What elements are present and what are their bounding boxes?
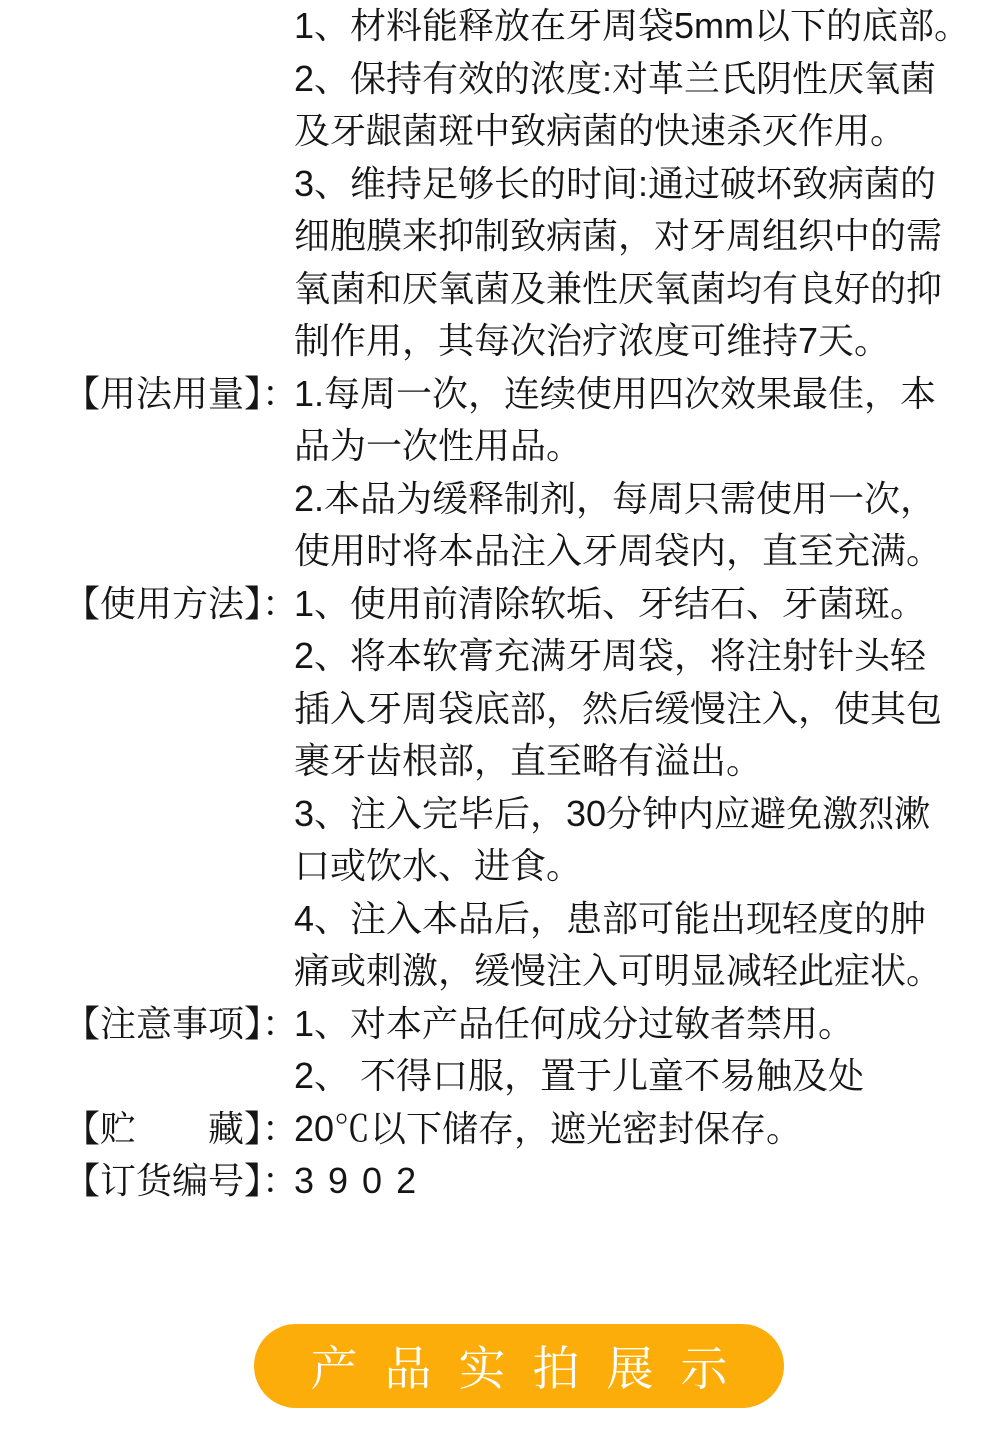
spec-row-usage-method: 【使用方法】： 1、使用前清除软垢、牙结石、牙菌斑。 — [64, 578, 980, 631]
spec-text: 2、保持有效的浓度:对革兰氏阴性厌氧菌 — [294, 53, 980, 106]
spec-text: 1、对本产品任何成分过敏者禁用。 — [294, 998, 980, 1051]
spec-text: 品为一次性用品。 — [294, 420, 980, 473]
spec-label — [64, 315, 294, 368]
spec-text: 制作用，其每次治疗浓度可维持7天。 — [294, 315, 980, 368]
spec-label — [64, 840, 294, 893]
spec-row: 3、注入完毕后，30分钟内应避免激烈漱 — [64, 788, 980, 841]
spec-row: 2、将本软膏充满牙周袋，将注射针头轻 — [64, 630, 980, 683]
spec-row-usage-dosage: 【用法用量】： 1.每周一次，连续使用四次效果最佳，本 — [64, 368, 980, 421]
spec-text: 及牙龈菌斑中致病菌的快速杀灭作用。 — [294, 105, 980, 158]
spec-text: 氧菌和厌氧菌及兼性厌氧菌均有良好的抑 — [294, 263, 980, 316]
spec-label — [64, 893, 294, 946]
spec-row: 裹牙齿根部，直至略有溢出。 — [64, 735, 980, 788]
spec-text: 口或饮水、进食。 — [294, 840, 980, 893]
spec-row: 口或饮水、进食。 — [64, 840, 980, 893]
spec-label — [64, 630, 294, 683]
spec-row: 3、维持足够长的时间:通过破坏致病菌的 — [64, 158, 980, 211]
spec-text: 2、 不得口服，置于儿童不易触及处 — [294, 1050, 980, 1103]
spec-row: 氧菌和厌氧菌及兼性厌氧菌均有良好的抑 — [64, 263, 980, 316]
spec-label — [64, 210, 294, 263]
spec-label — [64, 788, 294, 841]
spec-text: 2.本品为缓释制剂，每周只需使用一次， — [294, 473, 980, 526]
spec-text: 1、使用前清除软垢、牙结石、牙菌斑。 — [294, 578, 980, 631]
spec-label — [64, 735, 294, 788]
spec-label: 【用法用量】： — [64, 368, 294, 421]
spec-row: 制作用，其每次治疗浓度可维持7天。 — [64, 315, 980, 368]
spec-label — [64, 53, 294, 106]
spec-row: 1、材料能释放在牙周袋5mm以下的底部。 — [64, 0, 980, 53]
spec-label — [64, 0, 294, 53]
spec-row: 使用时将本品注入牙周袋内，直至充满。 — [64, 525, 980, 578]
spec-row: 插入牙周袋底部，然后缓慢注入，使其包 — [64, 683, 980, 736]
order-number-value: 3902 — [294, 1155, 980, 1208]
spec-row: 2、 不得口服，置于儿童不易触及处 — [64, 1050, 980, 1103]
spec-list: 1、材料能释放在牙周袋5mm以下的底部。 2、保持有效的浓度:对革兰氏阴性厌氧菌… — [0, 0, 990, 1208]
spec-row: 及牙龈菌斑中致病菌的快速杀灭作用。 — [64, 105, 980, 158]
spec-row: 品为一次性用品。 — [64, 420, 980, 473]
spec-row: 4、注入本品后，患部可能出现轻度的肿 — [64, 893, 980, 946]
spec-label — [64, 473, 294, 526]
spec-label: 【注意事项】： — [64, 998, 294, 1051]
spec-text: 3、维持足够长的时间:通过破坏致病菌的 — [294, 158, 980, 211]
spec-row-storage: 【贮 藏】： 20℃以下储存，遮光密封保存。 — [64, 1103, 980, 1156]
spec-text: 痛或刺激，缓慢注入可明显减轻此症状。 — [294, 945, 980, 998]
spec-label: 【使用方法】： — [64, 578, 294, 631]
spec-row: 2、保持有效的浓度:对革兰氏阴性厌氧菌 — [64, 53, 980, 106]
spec-label — [64, 263, 294, 316]
spec-text: 4、注入本品后，患部可能出现轻度的肿 — [294, 893, 980, 946]
spec-text: 细胞膜来抑制致病菌，对牙周组织中的需 — [294, 210, 980, 263]
spec-label — [64, 158, 294, 211]
spec-label — [64, 105, 294, 158]
spec-label — [64, 945, 294, 998]
spec-label — [64, 683, 294, 736]
spec-row: 痛或刺激，缓慢注入可明显减轻此症状。 — [64, 945, 980, 998]
spec-row-order-number: 【订货编号】： 3902 — [64, 1155, 980, 1208]
spec-label: 【贮 藏】： — [64, 1103, 294, 1156]
spec-text: 3、注入完毕后，30分钟内应避免激烈漱 — [294, 788, 980, 841]
product-photos-section-banner: 产品实拍展示 — [254, 1324, 784, 1408]
spec-row-precautions: 【注意事项】： 1、对本产品任何成分过敏者禁用。 — [64, 998, 980, 1051]
spec-text: 20℃以下储存，遮光密封保存。 — [294, 1103, 980, 1156]
spec-row: 细胞膜来抑制致病菌，对牙周组织中的需 — [64, 210, 980, 263]
product-photos-section-banner-label: 产品实拍展示 — [311, 1332, 755, 1399]
spec-text: 裹牙齿根部，直至略有溢出。 — [294, 735, 980, 788]
spec-label — [64, 525, 294, 578]
spec-text: 使用时将本品注入牙周袋内，直至充满。 — [294, 525, 980, 578]
spec-label — [64, 1050, 294, 1103]
spec-label: 【订货编号】： — [64, 1155, 294, 1208]
spec-text: 插入牙周袋底部，然后缓慢注入，使其包 — [294, 683, 980, 736]
spec-label — [64, 420, 294, 473]
spec-row: 2.本品为缓释制剂，每周只需使用一次， — [64, 473, 980, 526]
spec-text: 1、材料能释放在牙周袋5mm以下的底部。 — [294, 0, 980, 53]
spec-text: 2、将本软膏充满牙周袋，将注射针头轻 — [294, 630, 980, 683]
product-detail-page: 1、材料能释放在牙周袋5mm以下的底部。 2、保持有效的浓度:对革兰氏阴性厌氧菌… — [0, 0, 990, 1440]
spec-text: 1.每周一次，连续使用四次效果最佳，本 — [294, 368, 980, 421]
